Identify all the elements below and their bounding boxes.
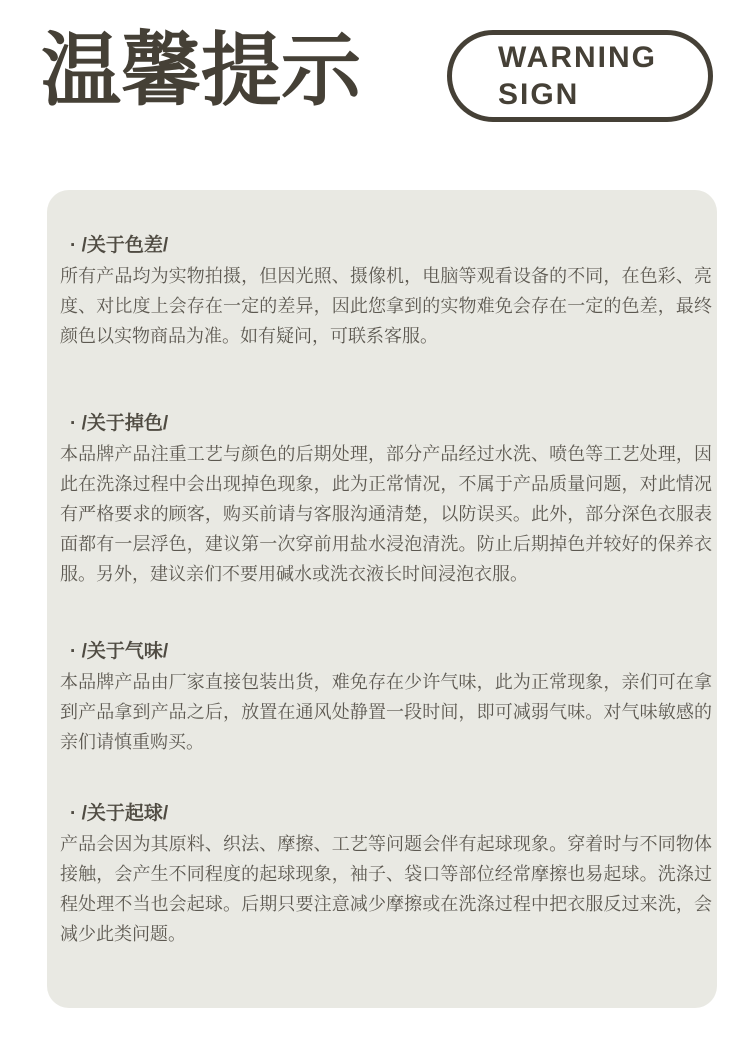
section-title: · /关于起球/ (60, 799, 712, 829)
section-color-difference: · /关于色差/ 所有产品均为实物拍摄，但因光照、摄像机，电脑等观看设备的不同，… (60, 231, 712, 351)
section-body: 产品会因为其原料、织法、摩擦、工艺等问题会伴有起球现象。穿着时与不同物体接触，会… (60, 829, 712, 949)
page-title: 温馨提示 (41, 24, 361, 118)
warning-sign-page: 温馨提示 WARNING SIGN · /关于色差/ 所有产品均为实物拍摄，但因… (0, 0, 750, 1039)
notice-card: · /关于色差/ 所有产品均为实物拍摄，但因光照、摄像机，电脑等观看设备的不同，… (47, 190, 717, 1008)
section-body: 本品牌产品注重工艺与颜色的后期处理，部分产品经过水洗、喷色等工艺处理，因此在洗涤… (60, 439, 712, 589)
section-title: · /关于色差/ (60, 231, 712, 261)
section-title: · /关于掉色/ (60, 409, 712, 439)
section-color-fading: · /关于掉色/ 本品牌产品注重工艺与颜色的后期处理，部分产品经过水洗、喷色等工… (60, 409, 712, 589)
section-title: · /关于气味/ (60, 637, 712, 667)
section-body: 所有产品均为实物拍摄，但因光照、摄像机，电脑等观看设备的不同，在色彩、亮度、对比… (60, 261, 712, 351)
section-body: 本品牌产品由厂家直接包装出货，难免存在少许气味，此为正常现象，亲们可在拿到产品拿… (60, 667, 712, 757)
badge-text-line2: SIGN (498, 76, 708, 113)
warning-sign-badge: WARNING SIGN (447, 30, 713, 122)
badge-text-line1: WARNING (498, 39, 708, 76)
section-odor: · /关于气味/ 本品牌产品由厂家直接包装出货，难免存在少许气味，此为正常现象，… (60, 637, 712, 757)
section-pilling: · /关于起球/ 产品会因为其原料、织法、摩擦、工艺等问题会伴有起球现象。穿着时… (60, 799, 712, 949)
